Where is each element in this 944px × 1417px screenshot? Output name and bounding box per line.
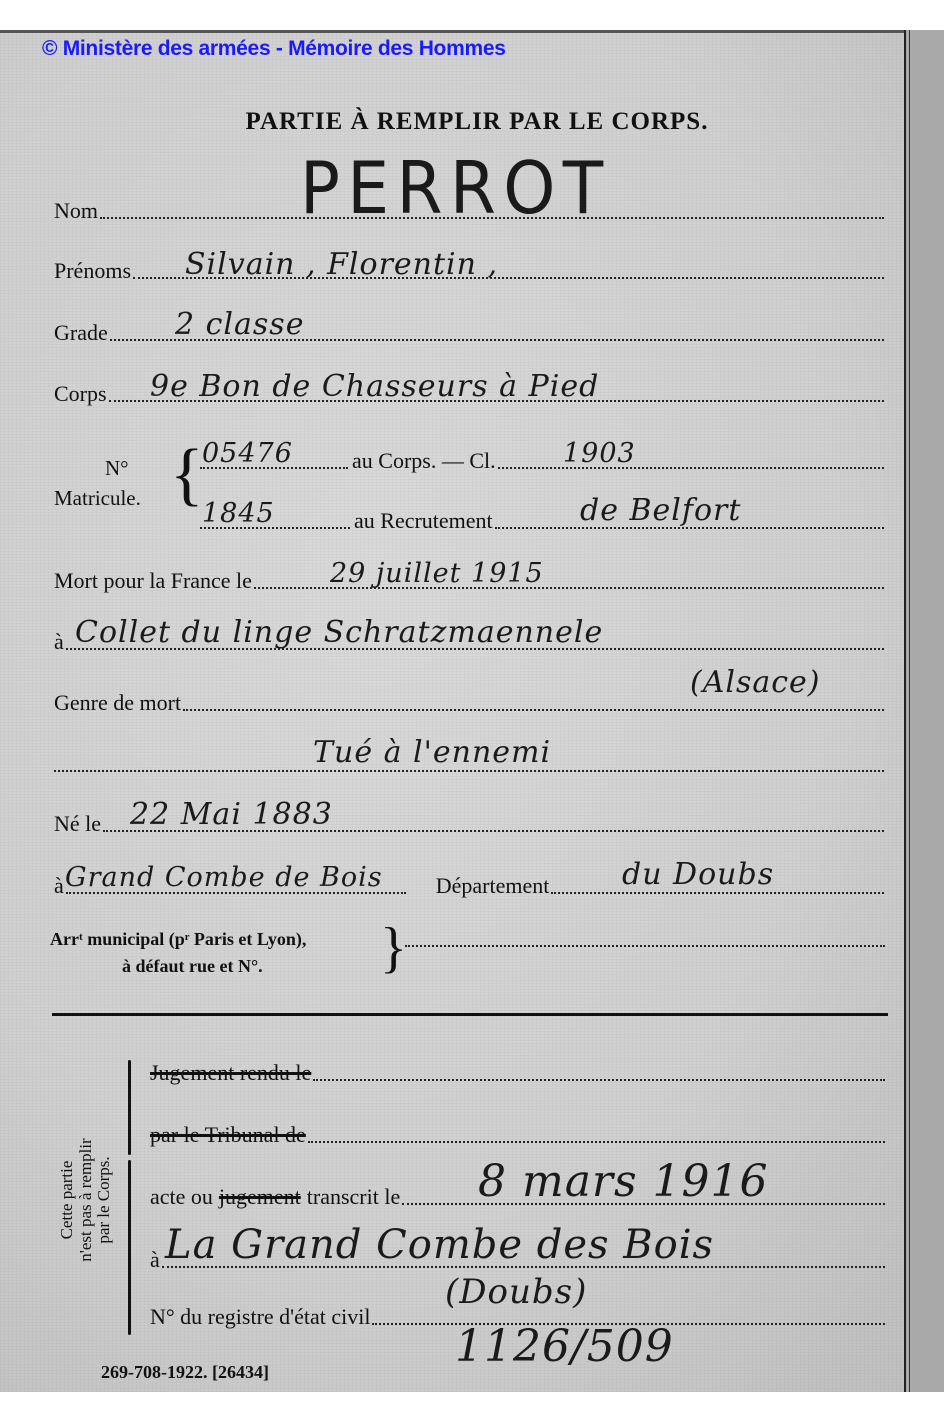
field-genre-de-mort: Genre de mort — [54, 692, 884, 714]
grade-value: 2 classe — [175, 310, 304, 340]
lieu-mort-value: Collet du linge Schratzmaennele — [75, 618, 603, 648]
arrondissement-label: Arrᵗ municipal (pʳ Paris et Lyon), — [50, 930, 306, 948]
section-divider — [52, 1013, 888, 1016]
genre-de-mort-value: Tué à l'ennemi — [313, 738, 551, 768]
ne-le-label: Né le — [54, 813, 101, 835]
corps-value: 9e Bon de Chasseurs à Pied — [150, 372, 599, 402]
side-note-line1: Cette partie — [58, 1138, 77, 1261]
genre-de-mort-label: Genre de mort — [54, 692, 181, 714]
nom-value: PERROT — [300, 152, 611, 224]
lieu-naissance-label: à — [54, 875, 64, 897]
matricule-label-no: N° — [105, 458, 129, 479]
field-matricule-recrutement: au Recrutement — [200, 510, 884, 532]
field-tribunal: par le Tribunal de — [150, 1124, 885, 1146]
copyright-watermark: © Ministère des armées - Mémoire des Hom… — [42, 37, 506, 61]
dotted-line — [313, 1079, 885, 1081]
departement-value: du Doubs — [622, 860, 774, 890]
matricule-corps-value: 05476 — [202, 440, 293, 467]
form-title: PARTIE À REMPLIR PAR LE CORPS. — [0, 108, 944, 136]
acte-date-value: 8 mars 1916 — [478, 1160, 769, 1204]
dotted-line — [551, 892, 884, 894]
registre-value: 1126/509 — [455, 1325, 674, 1369]
nom-label: Nom — [54, 200, 98, 222]
dotted-line — [54, 770, 884, 772]
departement-label: Département — [436, 875, 550, 897]
lieu-mort-label: à — [54, 631, 64, 653]
dotted-line — [183, 709, 884, 711]
matricule-label: Matricule. — [54, 488, 141, 509]
corps-label: Corps — [54, 383, 107, 405]
jugement-label: Jugement rendu le — [150, 1062, 311, 1084]
form-reference-code: 269-708-1922. [26434] — [101, 1362, 269, 1383]
acte-lieu-value: La Grand Combe des Bois — [165, 1225, 714, 1265]
matricule-brace: { — [170, 440, 204, 510]
tribunal-label: par le Tribunal de — [150, 1124, 306, 1146]
arrondissement-label-line2: à défaut rue et N°. — [122, 957, 263, 975]
side-note-line2: n'est pas à remplir — [77, 1138, 96, 1261]
field-matricule-corps: au Corps. — Cl. — [200, 450, 884, 472]
grade-label: Grade — [54, 322, 108, 344]
acte-label-part1: acte ou — [150, 1186, 213, 1208]
field-arrondissement — [405, 945, 885, 950]
acte-label-struck: jugement — [219, 1186, 301, 1208]
prenoms-value: Silvain , Florentin , — [185, 250, 498, 280]
field-genre-de-mort-line2 — [54, 770, 884, 775]
registre-label: N° du registre d'état civil — [150, 1306, 370, 1328]
side-brace-bottom — [128, 1160, 131, 1335]
classe-value: 1903 — [563, 440, 636, 467]
mort-date-value: 29 juillet 1915 — [330, 560, 544, 587]
dotted-line — [405, 945, 885, 947]
acte-lieu-label: à — [150, 1249, 160, 1271]
side-note-line3: par le Corps. — [95, 1138, 114, 1261]
lieu-naissance-value: Grand Combe de Bois — [65, 864, 383, 891]
mort-label: Mort pour la France le — [54, 570, 252, 592]
prenoms-label: Prénoms — [54, 260, 131, 282]
ne-le-value: 22 Mai 1883 — [130, 800, 333, 830]
matricule-recrutement-value: 1845 — [202, 500, 275, 527]
side-note: Cette partie n'est pas à remplir par le … — [36, 1090, 136, 1310]
recrutement-place-value: de Belfort — [580, 496, 741, 526]
acte-lieu-region: (Doubs) — [445, 1275, 587, 1309]
dotted-line — [308, 1141, 885, 1143]
dotted-line — [498, 467, 884, 469]
arrondissement-brace: } — [380, 920, 407, 976]
side-brace-top — [128, 1060, 131, 1155]
field-jugement: Jugement rendu le — [150, 1062, 885, 1084]
au-corps-label: au Corps. — Cl. — [352, 450, 496, 472]
au-recrutement-label: au Recrutement — [354, 510, 493, 532]
paper-top-edge — [0, 30, 904, 33]
paper-right-border — [904, 30, 944, 1392]
acte-label-part2: transcrit le — [307, 1186, 400, 1208]
